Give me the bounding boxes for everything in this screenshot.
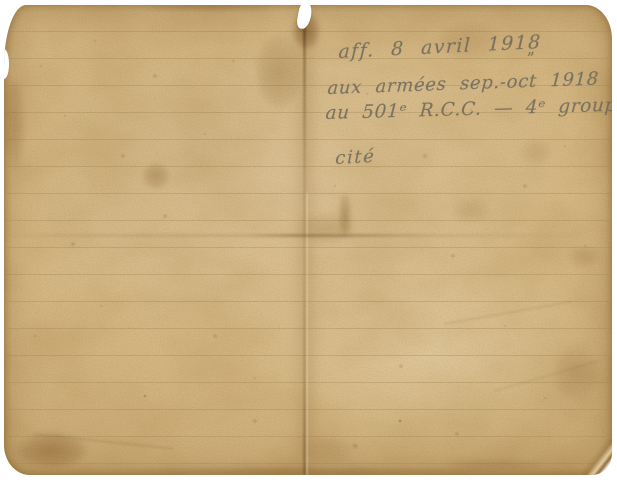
handwriting-line-2: aux armées sep.-oct 1918 — [327, 68, 600, 99]
scanned-document: aff. 8 avril 1918 ’’ aux armées sep.-oct… — [0, 0, 617, 480]
stain — [560, 241, 608, 271]
stain — [514, 133, 558, 171]
paper-sheet: aff. 8 avril 1918 ’’ aux armées sep.-oct… — [4, 5, 612, 475]
horizontal-fold-crease — [4, 234, 612, 237]
stain — [4, 387, 142, 475]
stain — [444, 193, 498, 229]
stain — [4, 60, 30, 190]
wrinkle-crease — [444, 300, 572, 325]
handwriting-line-4: cité — [335, 146, 376, 169]
folded-corner — [582, 439, 612, 475]
handwriting-line-3: au 501ᵉ R.C.C. — 4ᵉ groupe — [325, 94, 612, 124]
stain — [136, 157, 176, 195]
stain — [104, 5, 314, 12]
foxing-spots — [4, 5, 6, 7]
